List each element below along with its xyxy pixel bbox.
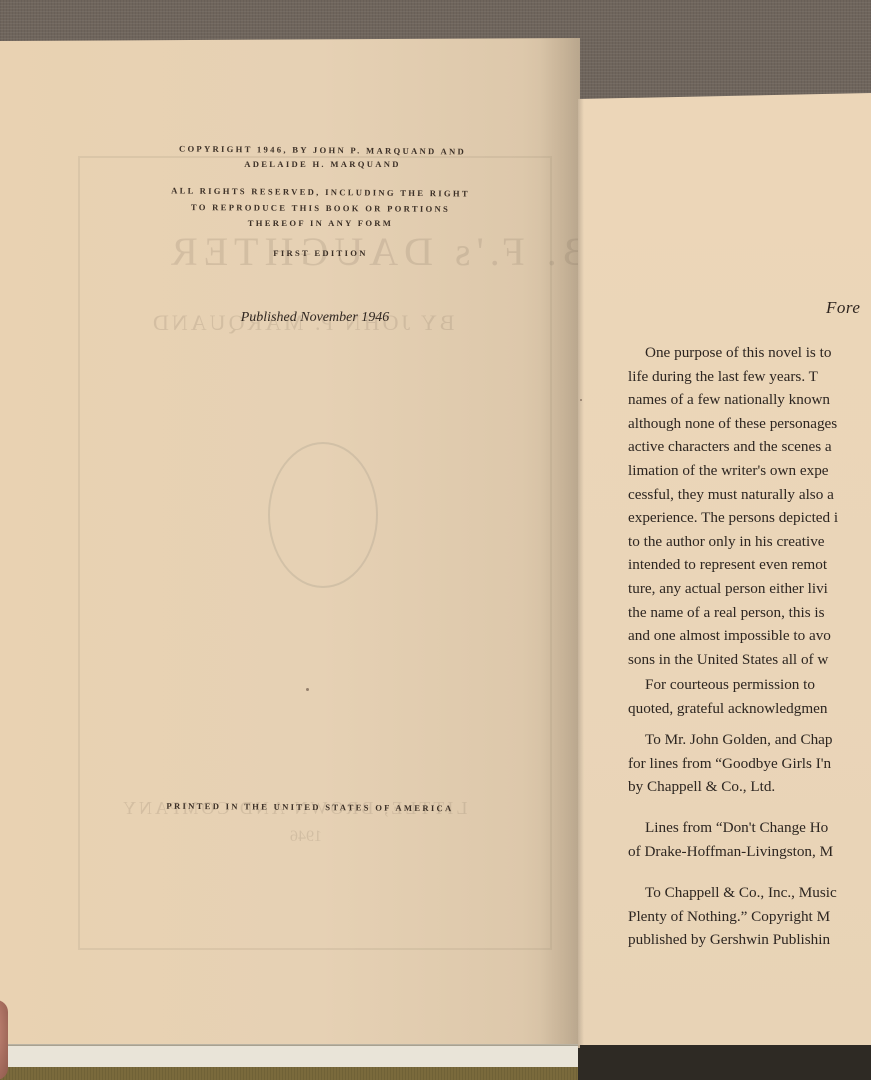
show-through-publisher-emblem-icon [268, 442, 378, 588]
text-line: intended to represent even remot [628, 553, 871, 577]
text-line: For courteous permission to [628, 673, 871, 697]
foreword-paragraph-5: To Chappell & Co., Inc., Music Plenty of… [628, 881, 871, 952]
edition-label: FIRST EDITION [148, 245, 493, 261]
publication-date: Published November 1946 [150, 310, 480, 326]
paper-speck [306, 688, 309, 691]
text-line: experience. The persons depicted i [628, 506, 871, 530]
printed-in-label: PRINTED IN THE UNITED STATES OF AMERICA [140, 798, 480, 817]
text-line: quoted, grateful acknowledgmen [628, 697, 871, 721]
text-line: names of a few nationally known [628, 388, 871, 412]
text-line: sons in the United States all of w [628, 648, 871, 672]
text-line: and one almost impossible to avo [628, 624, 871, 648]
text-line: to the author only in his creative [628, 530, 871, 554]
foreword-heading: Fore [826, 298, 860, 318]
book-cover-dark [578, 1042, 871, 1080]
text-line: cessful, they must naturally also a [628, 483, 871, 507]
text-line: for lines from “Goodbye Girls I'n [628, 752, 871, 776]
foreword-paragraph-2: For courteous permission to quoted, grat… [628, 673, 871, 720]
text-line: although none of these personages [628, 412, 871, 436]
paper-speck [580, 399, 582, 401]
text-line: life during the last few years. T [628, 365, 871, 389]
text-line: ture, any actual person either livi [628, 577, 871, 601]
text-line: the name of a real person, this is [628, 601, 871, 625]
foreword-paragraph-1: One purpose of this novel is to life dur… [628, 341, 871, 671]
text-line: active characters and the scenes a [628, 435, 871, 459]
show-through-year: 1946 [290, 828, 322, 846]
text-line: limation of the writer's own expe [628, 459, 871, 483]
copyright-line-2: ADELAIDE H. MARQUAND [150, 156, 495, 172]
text-line: To Mr. John Golden, and Chap [628, 728, 871, 752]
rights-line-3: THEREOF IN ANY FORM [148, 215, 493, 231]
text-line: Plenty of Nothing.” Copyright M [628, 905, 871, 929]
text-line: published by Gershwin Publishin [628, 928, 871, 952]
foreword-paragraph-3: To Mr. John Golden, and Chap for lines f… [628, 728, 871, 799]
text-line: To Chappell & Co., Inc., Music [628, 881, 871, 905]
text-line: by Chappell & Co., Ltd. [628, 775, 871, 799]
left-page-copyright: B. F.'s DAUGHTER BY JOHN P. MARQUAND LIT… [0, 38, 580, 1048]
text-line: Lines from “Don't Change Ho [628, 816, 871, 840]
text-line: One purpose of this novel is to [628, 341, 871, 365]
foreword-paragraph-4: Lines from “Don't Change Ho of Drake-Hof… [628, 816, 871, 863]
text-line: of Drake-Hoffman-Livingston, M [628, 840, 871, 864]
fingertip [0, 1000, 8, 1080]
page-edges [8, 1044, 578, 1067]
